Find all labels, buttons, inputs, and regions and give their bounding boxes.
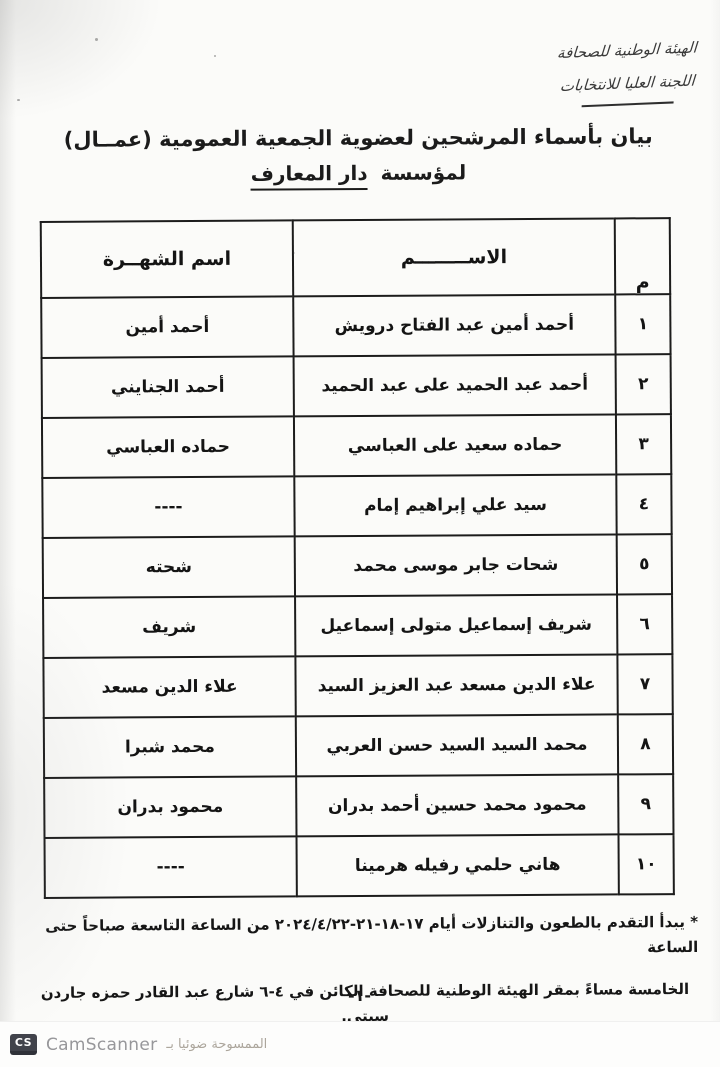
document-title: بيان بأسماء المرشحين لعضوية الجمعية العم… <box>0 124 719 187</box>
candidate-name: سيد علي إبراهيم إمام <box>294 474 616 536</box>
header-index: م <box>615 218 670 294</box>
candidate-name: أحمد عبد الحميد على عبد الحميد <box>294 354 616 416</box>
title-line-2: لمؤسسة دار المعارف <box>0 159 719 187</box>
candidate-nickname: حماده العباسي <box>42 416 294 478</box>
scan-speck <box>95 38 98 41</box>
row-number: ٦ <box>617 594 672 654</box>
candidate-name: محمود محمد حسين أحمد بدران <box>296 774 618 836</box>
title-line-2-underlined: دار المعارف <box>251 161 368 191</box>
document-content: الهيئة الوطنية للصحافة اللجنة العليا للا… <box>0 0 720 1067</box>
candidates-table: م الاســــــــم اسم الشهــرة ١ أحمد أمين… <box>40 217 675 899</box>
candidate-name: شحات جابر موسى محمد <box>295 534 617 596</box>
candidate-nickname: أحمد الجنايني <box>42 356 294 418</box>
camscanner-watermark-bar: CS CamScanner الممسوحة ضوئيا بـ <box>0 1021 720 1067</box>
candidate-nickname: علاء الدين مسعد <box>43 656 295 718</box>
candidate-nickname: محمد شبرا <box>44 716 296 778</box>
candidate-name: محمد السيد السيد حسن العربي <box>296 714 618 776</box>
camscanner-brand-text: CamScanner <box>46 1035 157 1055</box>
table-row: ١ أحمد أمين عبد الفتاح درويش أحمد أمين <box>41 294 670 358</box>
header-name: الاســــــــم <box>293 218 615 296</box>
candidate-nickname: أحمد أمين <box>41 296 293 358</box>
header-nickname: اسم الشهــرة <box>41 220 293 298</box>
candidate-nickname: ---- <box>42 476 294 538</box>
footer-note-line-1: * يبدأ التقدم بالطعون والتنازلات أيام ١٧… <box>31 910 698 964</box>
camscanner-arabic-label: الممسوحة ضوئيا بـ <box>166 1037 267 1052</box>
stamp-line-2: اللجنة العليا للانتخابات <box>554 64 696 103</box>
row-number: ٨ <box>618 714 673 774</box>
table-row: ٥ شحات جابر موسى محمد شحته <box>43 534 672 598</box>
table-row: ٧ علاء الدين مسعد عبد العزيز السيد علاء … <box>43 654 672 718</box>
table-row: ٤ سيد علي إبراهيم إمام ---- <box>42 474 671 538</box>
row-number: ١٠ <box>618 834 673 894</box>
candidate-nickname: شريف <box>43 596 295 658</box>
scan-speck <box>293 252 295 254</box>
candidate-nickname: ---- <box>45 836 297 898</box>
scan-speck <box>17 99 20 101</box>
row-number: ٩ <box>618 774 673 834</box>
candidate-name: حماده سعيد على العباسي <box>294 414 616 476</box>
table-row: ٣ حماده سعيد على العباسي حماده العباسي <box>42 414 671 478</box>
candidate-nickname: محمود بدران <box>44 776 296 838</box>
row-number: ٥ <box>617 534 672 594</box>
table-row: ٢ أحمد عبد الحميد على عبد الحميد أحمد ال… <box>42 354 671 418</box>
title-line-1: بيان بأسماء المرشحين لعضوية الجمعية العم… <box>0 124 718 152</box>
table-row: ٨ محمد السيد السيد حسن العربي محمد شبرا <box>44 714 673 778</box>
table-header-row: م الاســــــــم اسم الشهــرة <box>41 218 670 298</box>
candidate-nickname: شحته <box>43 536 295 598</box>
footer-note: * يبدأ التقدم بالطعون والتنازلات أيام ١٧… <box>31 910 699 1031</box>
candidate-name: هاني حلمي رفيله هرمينا <box>297 834 619 896</box>
title-line-2-prefix: لمؤسسة <box>381 160 467 185</box>
scanned-document-page: الهيئة الوطنية للصحافة اللجنة العليا للا… <box>0 0 720 1067</box>
table-row: ٦ شريف إسماعيل متولى إسماعيل شريف <box>43 594 672 658</box>
candidate-name: أحمد أمين عبد الفتاح درويش <box>293 294 615 356</box>
camscanner-cs-icon: CS <box>10 1034 37 1055</box>
table-row: ١٠ هاني حلمي رفيله هرمينا ---- <box>45 834 674 898</box>
row-number: ١ <box>615 294 670 354</box>
handwritten-stamp: الهيئة الوطنية للصحافة اللجنة العليا للا… <box>554 31 698 108</box>
row-number: ٤ <box>616 474 671 534</box>
candidate-name: علاء الدين مسعد عبد العزيز السيد <box>295 654 617 716</box>
candidate-name: شريف إسماعيل متولى إسماعيل <box>295 594 617 656</box>
row-number: ٢ <box>616 354 671 414</box>
row-number: ٣ <box>616 414 671 474</box>
scan-speck <box>214 55 216 57</box>
stamp-underline <box>582 101 674 107</box>
table-row: ٩ محمود محمد حسين أحمد بدران محمود بدران <box>44 774 673 838</box>
row-number: ٧ <box>617 654 672 714</box>
